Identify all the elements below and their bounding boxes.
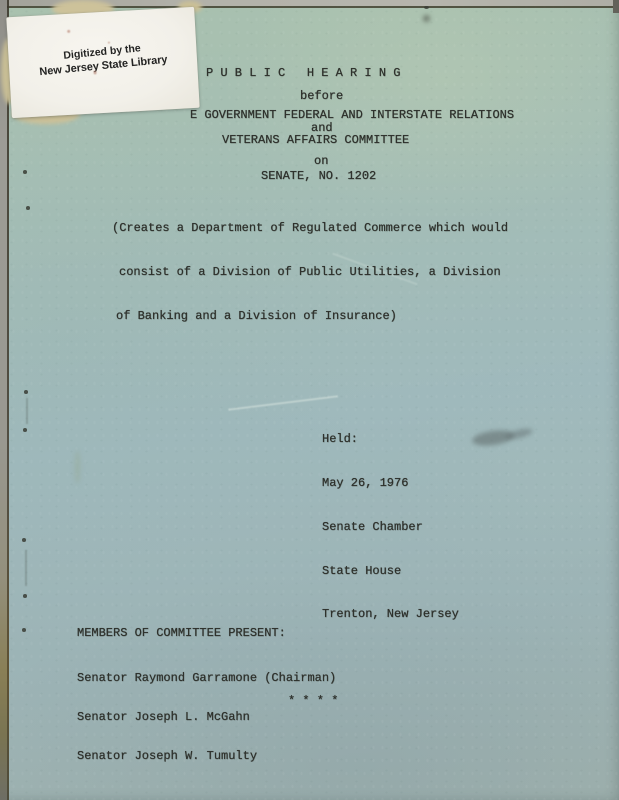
binding-hole xyxy=(24,390,28,394)
held-venue: Senate Chamber xyxy=(322,520,459,535)
held-label: Held: xyxy=(322,432,459,447)
synopsis-line-3: of Banking and a Division of Insurance) xyxy=(116,309,508,324)
sticker-stain xyxy=(67,30,70,33)
scan-right-corner-mark xyxy=(613,0,619,13)
scan-left-edge xyxy=(0,0,7,800)
binding-hole xyxy=(23,594,27,598)
smudge-mark xyxy=(504,427,533,442)
paper-blemish xyxy=(75,450,80,484)
before-word: before xyxy=(300,89,343,104)
committee-name-line-2: VETERANS AFFAIRS COMMITTEE xyxy=(222,133,409,148)
member-name: Senator Joseph L. McGahn xyxy=(77,711,336,724)
sticker-stain xyxy=(108,42,110,44)
held-building: State House xyxy=(322,564,459,579)
synopsis-line-2: consist of a Division of Public Utilitie… xyxy=(119,265,508,280)
members-list: Senator Raymond Garramone (Chairman) Sen… xyxy=(77,646,336,789)
binding-hole xyxy=(23,428,27,432)
asterisk-separator: * * * * xyxy=(288,694,338,709)
scanned-document-page: Digitized by the New Jersey State Librar… xyxy=(0,0,619,800)
member-name: Senator Joseph W. Tumulty xyxy=(77,750,336,763)
on-word: on xyxy=(314,154,328,169)
synopsis-line-1: (Creates a Department of Regulated Comme… xyxy=(112,221,508,236)
binding-hole xyxy=(22,538,26,542)
document-title: P U B L I C H E A R I N G xyxy=(206,66,400,81)
library-stamp-text: Digitized by the New Jersey State Librar… xyxy=(8,37,198,83)
held-city: Trenton, New Jersey xyxy=(322,607,459,622)
sticker-stain xyxy=(93,70,96,74)
binding-hole xyxy=(26,206,30,210)
speck-mark xyxy=(424,6,429,9)
bill-number: SENATE, NO. 1202 xyxy=(261,169,376,184)
members-heading: MEMBERS OF COMMITTEE PRESENT: xyxy=(77,626,286,641)
page-left-edge-line xyxy=(7,0,9,800)
committee-name-line-1: E GOVERNMENT FEDERAL AND INTERSTATE RELA… xyxy=(190,108,514,123)
binding-hole xyxy=(23,170,27,174)
member-name: Senator Raymond Garramone (Chairman) xyxy=(77,672,336,685)
scratch-mark xyxy=(26,398,28,424)
bill-synopsis: (Creates a Department of Regulated Comme… xyxy=(112,192,508,353)
hearing-details: Held: May 26, 1976 Senate Chamber State … xyxy=(322,403,459,651)
scratch-mark xyxy=(25,550,27,586)
held-date: May 26, 1976 xyxy=(322,476,459,491)
speck-mark xyxy=(423,15,430,22)
library-stamp-sticker: Digitized by the New Jersey State Librar… xyxy=(6,7,199,118)
binding-hole xyxy=(22,628,26,632)
